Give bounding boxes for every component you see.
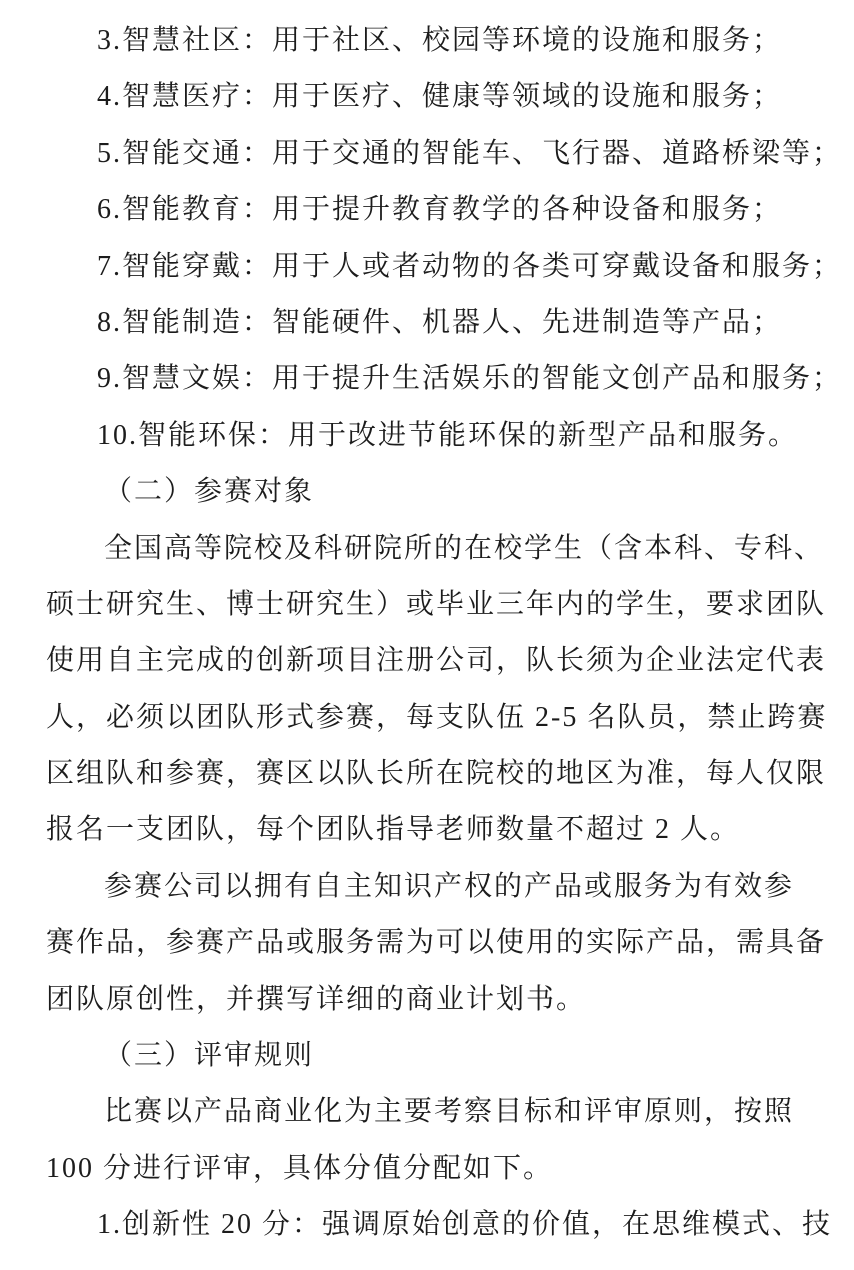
- text-line-list-item-9: 9.智慧文娱：用于提升生活娱乐的智能文创产品和服务；: [46, 351, 830, 407]
- section-heading-2: （二）参赛对象: [46, 464, 830, 520]
- text-line-body: 团队原创性，并撰写详细的商业计划书。: [46, 972, 830, 1028]
- text-line-list-item-7: 7.智能穿戴：用于人或者动物的各类可穿戴设备和服务；: [46, 239, 830, 295]
- text-line-body: 硕士研究生、博士研究生）或毕业三年内的学生，要求团队: [46, 577, 830, 633]
- text-line-list-item-8: 8.智能制造：智能硬件、机器人、先进制造等产品；: [46, 295, 830, 351]
- text-line-list-item-6: 6.智能教育：用于提升教育教学的各种设备和服务；: [46, 182, 830, 238]
- text-line-body: 人，必须以团队形式参赛，每支队伍 2-5 名队员，禁止跨赛: [46, 690, 830, 746]
- text-line-body: 全国高等院校及科研院所的在校学生（含本科、专科、: [46, 521, 830, 577]
- document-page: 3.智慧社区：用于社区、校园等环境的设施和服务； 4.智慧医疗：用于医疗、健康等…: [0, 0, 854, 1270]
- text-line-list-item-10: 10.智能环保：用于改进节能环保的新型产品和服务。: [46, 408, 830, 464]
- text-line-body: 区组队和参赛，赛区以队长所在院校的地区为准，每人仅限: [46, 746, 830, 802]
- text-line-body: 比赛以产品商业化为主要考察目标和评审原则，按照: [46, 1084, 830, 1140]
- text-line-body: 100 分进行评审，具体分值分配如下。: [46, 1141, 830, 1197]
- text-line-list-item-5: 5.智能交通：用于交通的智能车、飞行器、道路桥梁等；: [46, 126, 830, 182]
- text-line-list-item-4: 4.智慧医疗：用于医疗、健康等领域的设施和服务；: [46, 69, 830, 125]
- text-line-list-item-3: 3.智慧社区：用于社区、校园等环境的设施和服务；: [46, 13, 830, 69]
- text-line-body: 赛作品，参赛产品或服务需为可以使用的实际产品，需具备: [46, 915, 830, 971]
- text-line-body: 参赛公司以拥有自主知识产权的产品或服务为有效参: [46, 859, 830, 915]
- text-line-body: 报名一支团队，每个团队指导老师数量不超过 2 人。: [46, 802, 830, 858]
- text-line-list-item-1-scoring: 1.创新性 20 分：强调原始创意的价值，在思维模式、技: [46, 1197, 830, 1253]
- section-heading-3: （三）评审规则: [46, 1028, 830, 1084]
- text-line-body: 使用自主完成的创新项目注册公司，队长须为企业法定代表: [46, 633, 830, 689]
